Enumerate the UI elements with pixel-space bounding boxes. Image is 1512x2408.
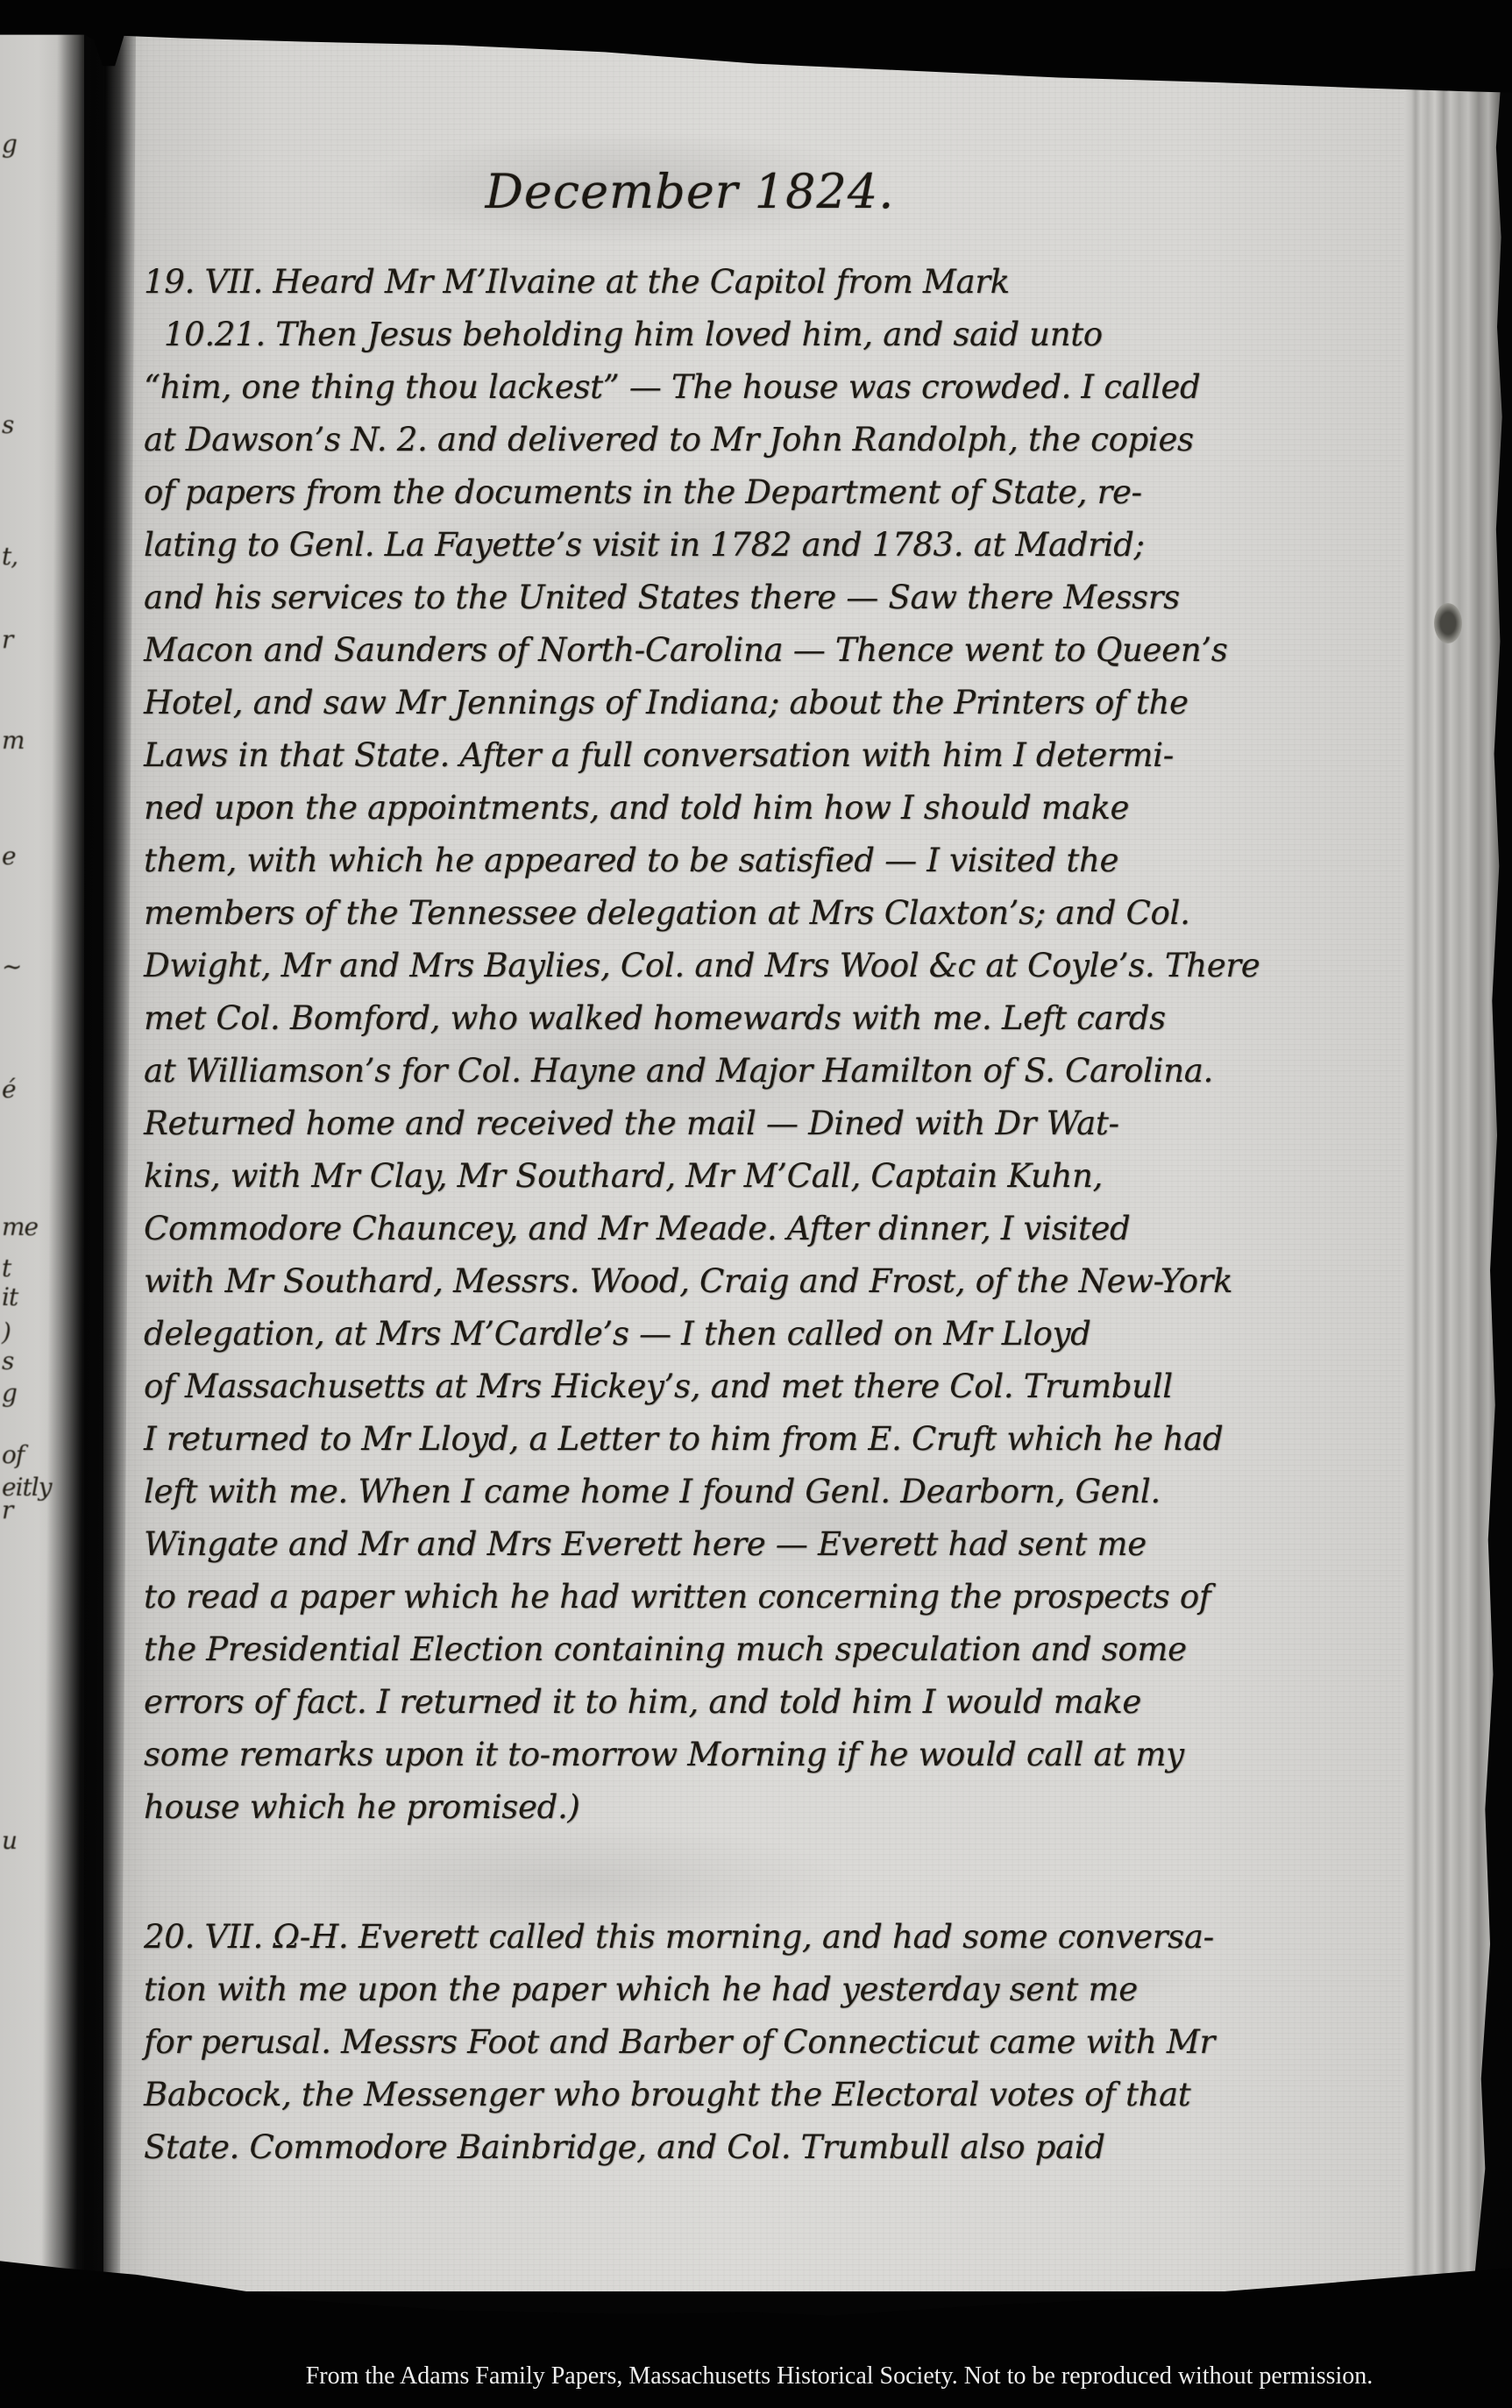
facing-page-text-fragment: r (2, 627, 12, 653)
facing-page-text-fragment: me (2, 1214, 38, 1240)
manuscript-scan: { "colors":{ "background":"#050505", "pa… (0, 0, 1512, 2408)
manuscript-line: tion with me upon the paper which he had… (144, 1964, 1367, 2016)
facing-page-text-fragment: t (2, 1255, 11, 1282)
page-content: December 1824. 19. VII. Heard Mr M’Ilvai… (103, 30, 1418, 2174)
manuscript-line: State. Commodore Bainbridge, and Col. Tr… (144, 2121, 1367, 2174)
manuscript-line: Macon and Saunders of North-Carolina — T… (144, 624, 1367, 677)
diary-entry-20: 20. VII. Ω-H. Everett called this mornin… (144, 1911, 1367, 2174)
manuscript-line: the Presidential Election containing muc… (144, 1623, 1367, 1676)
attribution-caption: From the Adams Family Papers, Massachuse… (0, 2362, 1512, 2391)
diary-page: December 1824. 19. VII. Heard Mr M’Ilvai… (103, 30, 1418, 2291)
manuscript-line: Hotel, and saw Mr Jennings of Indiana; a… (144, 677, 1367, 729)
page-edge-stack (1404, 35, 1504, 2281)
facing-page-text-fragment: ~ (2, 954, 21, 980)
manuscript-line: 19. VII. Heard Mr M’Ilvaine at the Capit… (144, 256, 1367, 309)
facing-page-text-fragment: u (2, 1828, 17, 1854)
manuscript-line: 20. VII. Ω-H. Everett called this mornin… (144, 1911, 1367, 1964)
manuscript-line: lating to Genl. La Fayette’s visit in 17… (144, 519, 1367, 572)
manuscript-line: left with me. When I came home I found G… (144, 1466, 1367, 1518)
facing-page-text-fragment: s (2, 412, 13, 438)
manuscript-line: of Massachusetts at Mrs Hickey’s, and me… (144, 1360, 1367, 1413)
manuscript-line: at Williamson’s for Col. Hayne and Major… (144, 1045, 1367, 1097)
manuscript-line: Laws in that State. After a full convers… (144, 729, 1367, 782)
facing-page-text-fragment: é (2, 1076, 16, 1103)
page-edge-flaw (1434, 603, 1462, 643)
manuscript-line: Returned home and received the mail — Di… (144, 1097, 1367, 1150)
facing-page-text-fragment: g (2, 131, 17, 158)
manuscript-line: them, with which he appeared to be satis… (144, 835, 1367, 887)
month-heading: December 1824. (486, 164, 895, 219)
facing-page-text-fragment: s (2, 1348, 13, 1374)
manuscript-line: of papers from the documents in the Depa… (144, 466, 1367, 519)
diary-entry-19: 19. VII. Heard Mr M’Ilvaine at the Capit… (144, 256, 1367, 1834)
manuscript-line: “him, one thing thou lackest” — The hous… (144, 361, 1367, 414)
facing-page-text-fragment: it (2, 1284, 18, 1311)
manuscript-line: to read a paper which he had written con… (144, 1571, 1367, 1623)
heading-row: December 1824. (144, 153, 1367, 231)
facing-page-text-fragment: r (2, 1497, 12, 1524)
manuscript-line: with Mr Southard, Messrs. Wood, Craig an… (144, 1255, 1367, 1308)
manuscript-line: some remarks upon it to-morrow Morning i… (144, 1729, 1367, 1781)
manuscript-line: 10.21. Then Jesus beholding him loved hi… (144, 309, 1367, 361)
facing-page-text-fragment: of (2, 1442, 24, 1468)
facing-page-text-fragment: m (2, 728, 25, 754)
manuscript-line: Babcock, the Messenger who brought the E… (144, 2069, 1367, 2121)
facing-page-text-fragment: t, (2, 543, 18, 570)
manuscript-line: Wingate and Mr and Mrs Everett here — Ev… (144, 1518, 1367, 1571)
manuscript-line: kins, with Mr Clay, Mr Southard, Mr M’Ca… (144, 1150, 1367, 1203)
facing-page-text-fragment: g (2, 1381, 17, 1407)
manuscript-line: for perusal. Messrs Foot and Barber of C… (144, 2016, 1367, 2069)
manuscript-line: delegation, at Mrs M’Cardle’s — I then c… (144, 1308, 1367, 1360)
manuscript-line: ned upon the appointments, and told him … (144, 782, 1367, 835)
manuscript-line: I returned to Mr Lloyd, a Letter to him … (144, 1413, 1367, 1466)
manuscript-line: and his services to the United States th… (144, 572, 1367, 624)
manuscript-line: met Col. Bomford, who walked homewards w… (144, 992, 1367, 1045)
manuscript-line: Commodore Chauncey, and Mr Meade. After … (144, 1203, 1367, 1255)
manuscript-line: house which he promised.) (144, 1781, 1367, 1834)
facing-page-text-fragment: ) (2, 1319, 11, 1346)
facing-page-text-fragment: e (2, 843, 16, 870)
manuscript-line: members of the Tennessee delegation at M… (144, 887, 1367, 940)
book-gutter-shadow (41, 23, 136, 2312)
manuscript-line: Dwight, Mr and Mrs Baylies, Col. and Mrs… (144, 940, 1367, 992)
manuscript-line: at Dawson’s N. 2. and delivered to Mr Jo… (144, 414, 1367, 466)
manuscript-line: errors of fact. I returned it to him, an… (144, 1676, 1367, 1729)
